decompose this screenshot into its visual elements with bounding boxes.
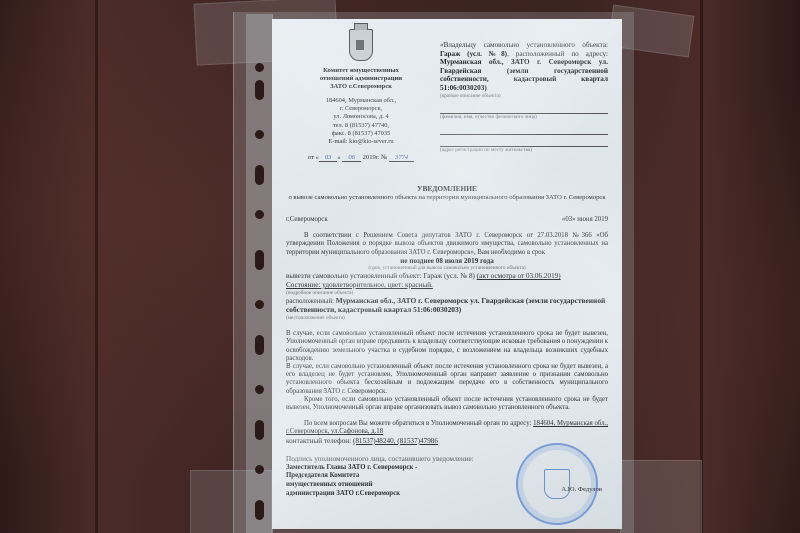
official-stamp-icon [516,443,598,525]
punch-hole [255,500,264,520]
registration-line: от «03» 06 2019г. № 3774 [286,154,436,163]
signer-name: А.Ю. Федулов [561,486,602,495]
wall-seam [95,0,98,533]
wall-seam [700,0,703,533]
paragraph-lawsuit: В случае, если самовольно установленный … [286,330,608,363]
place: г.Североморск [286,216,328,225]
remove-instruction: вывезти самовольно установленный объект:… [286,272,608,281]
punch-hole [255,80,264,100]
inspection-act: (акт осмотра от 03.06.2019) [477,272,561,280]
document-title: УВЕДОМЛЕНИЕ [286,185,608,194]
object-condition: Состояние: удовлетворительное, цвет: кра… [286,281,608,290]
punch-hole [255,63,264,72]
place-date-row: г.Североморск «03» июня 2019 [286,216,608,225]
address-blank-line [440,137,608,147]
notice-document: Комитет имущественных отношений админист… [272,19,622,529]
contact-paragraph: По всем вопросам Вы можете обратиться в … [286,420,608,436]
punch-hole [255,420,264,440]
signature-block: Подпись уполномоченного лица, составивше… [286,455,608,498]
punch-hole [255,465,264,474]
address-blank-line [440,125,608,135]
paragraph-ownerless: В случае, если самовольно установленный … [286,363,608,396]
reg-day: 03 [319,154,338,162]
issuer-block: Комитет имущественных отношений админист… [286,25,436,177]
reg-month: 06 [342,154,361,162]
paragraph-basis: В соответствии с Решением Совета депутат… [286,232,608,257]
punch-hole [255,130,264,139]
object-location: расположенный: Мурманская обл., ЗАТО г. … [286,297,608,316]
reg-number: 3774 [389,154,414,162]
punch-hole [255,300,264,309]
punch-hole [255,250,264,270]
punch-hole [255,210,264,219]
punch-hole [255,335,264,355]
name-blank-line [440,104,608,114]
punch-hole [255,165,264,185]
paragraph-removal: Кроме того, если самовольно установленны… [286,396,608,412]
document-subtitle: о вывозе самовольно установленного объек… [286,194,608,202]
coat-of-arms-icon [349,29,373,61]
recipient-block: «Владельцу самовольно установленного объ… [440,25,608,177]
date: «03» июня 2019 [562,216,608,225]
punch-hole [255,385,264,394]
issuer-address: 184604, Мурманская обл., г. Североморск,… [286,97,436,146]
document-header: Комитет имущественных отношений админист… [286,25,608,177]
issuer-name: Комитет имущественных отношений админист… [286,67,436,91]
